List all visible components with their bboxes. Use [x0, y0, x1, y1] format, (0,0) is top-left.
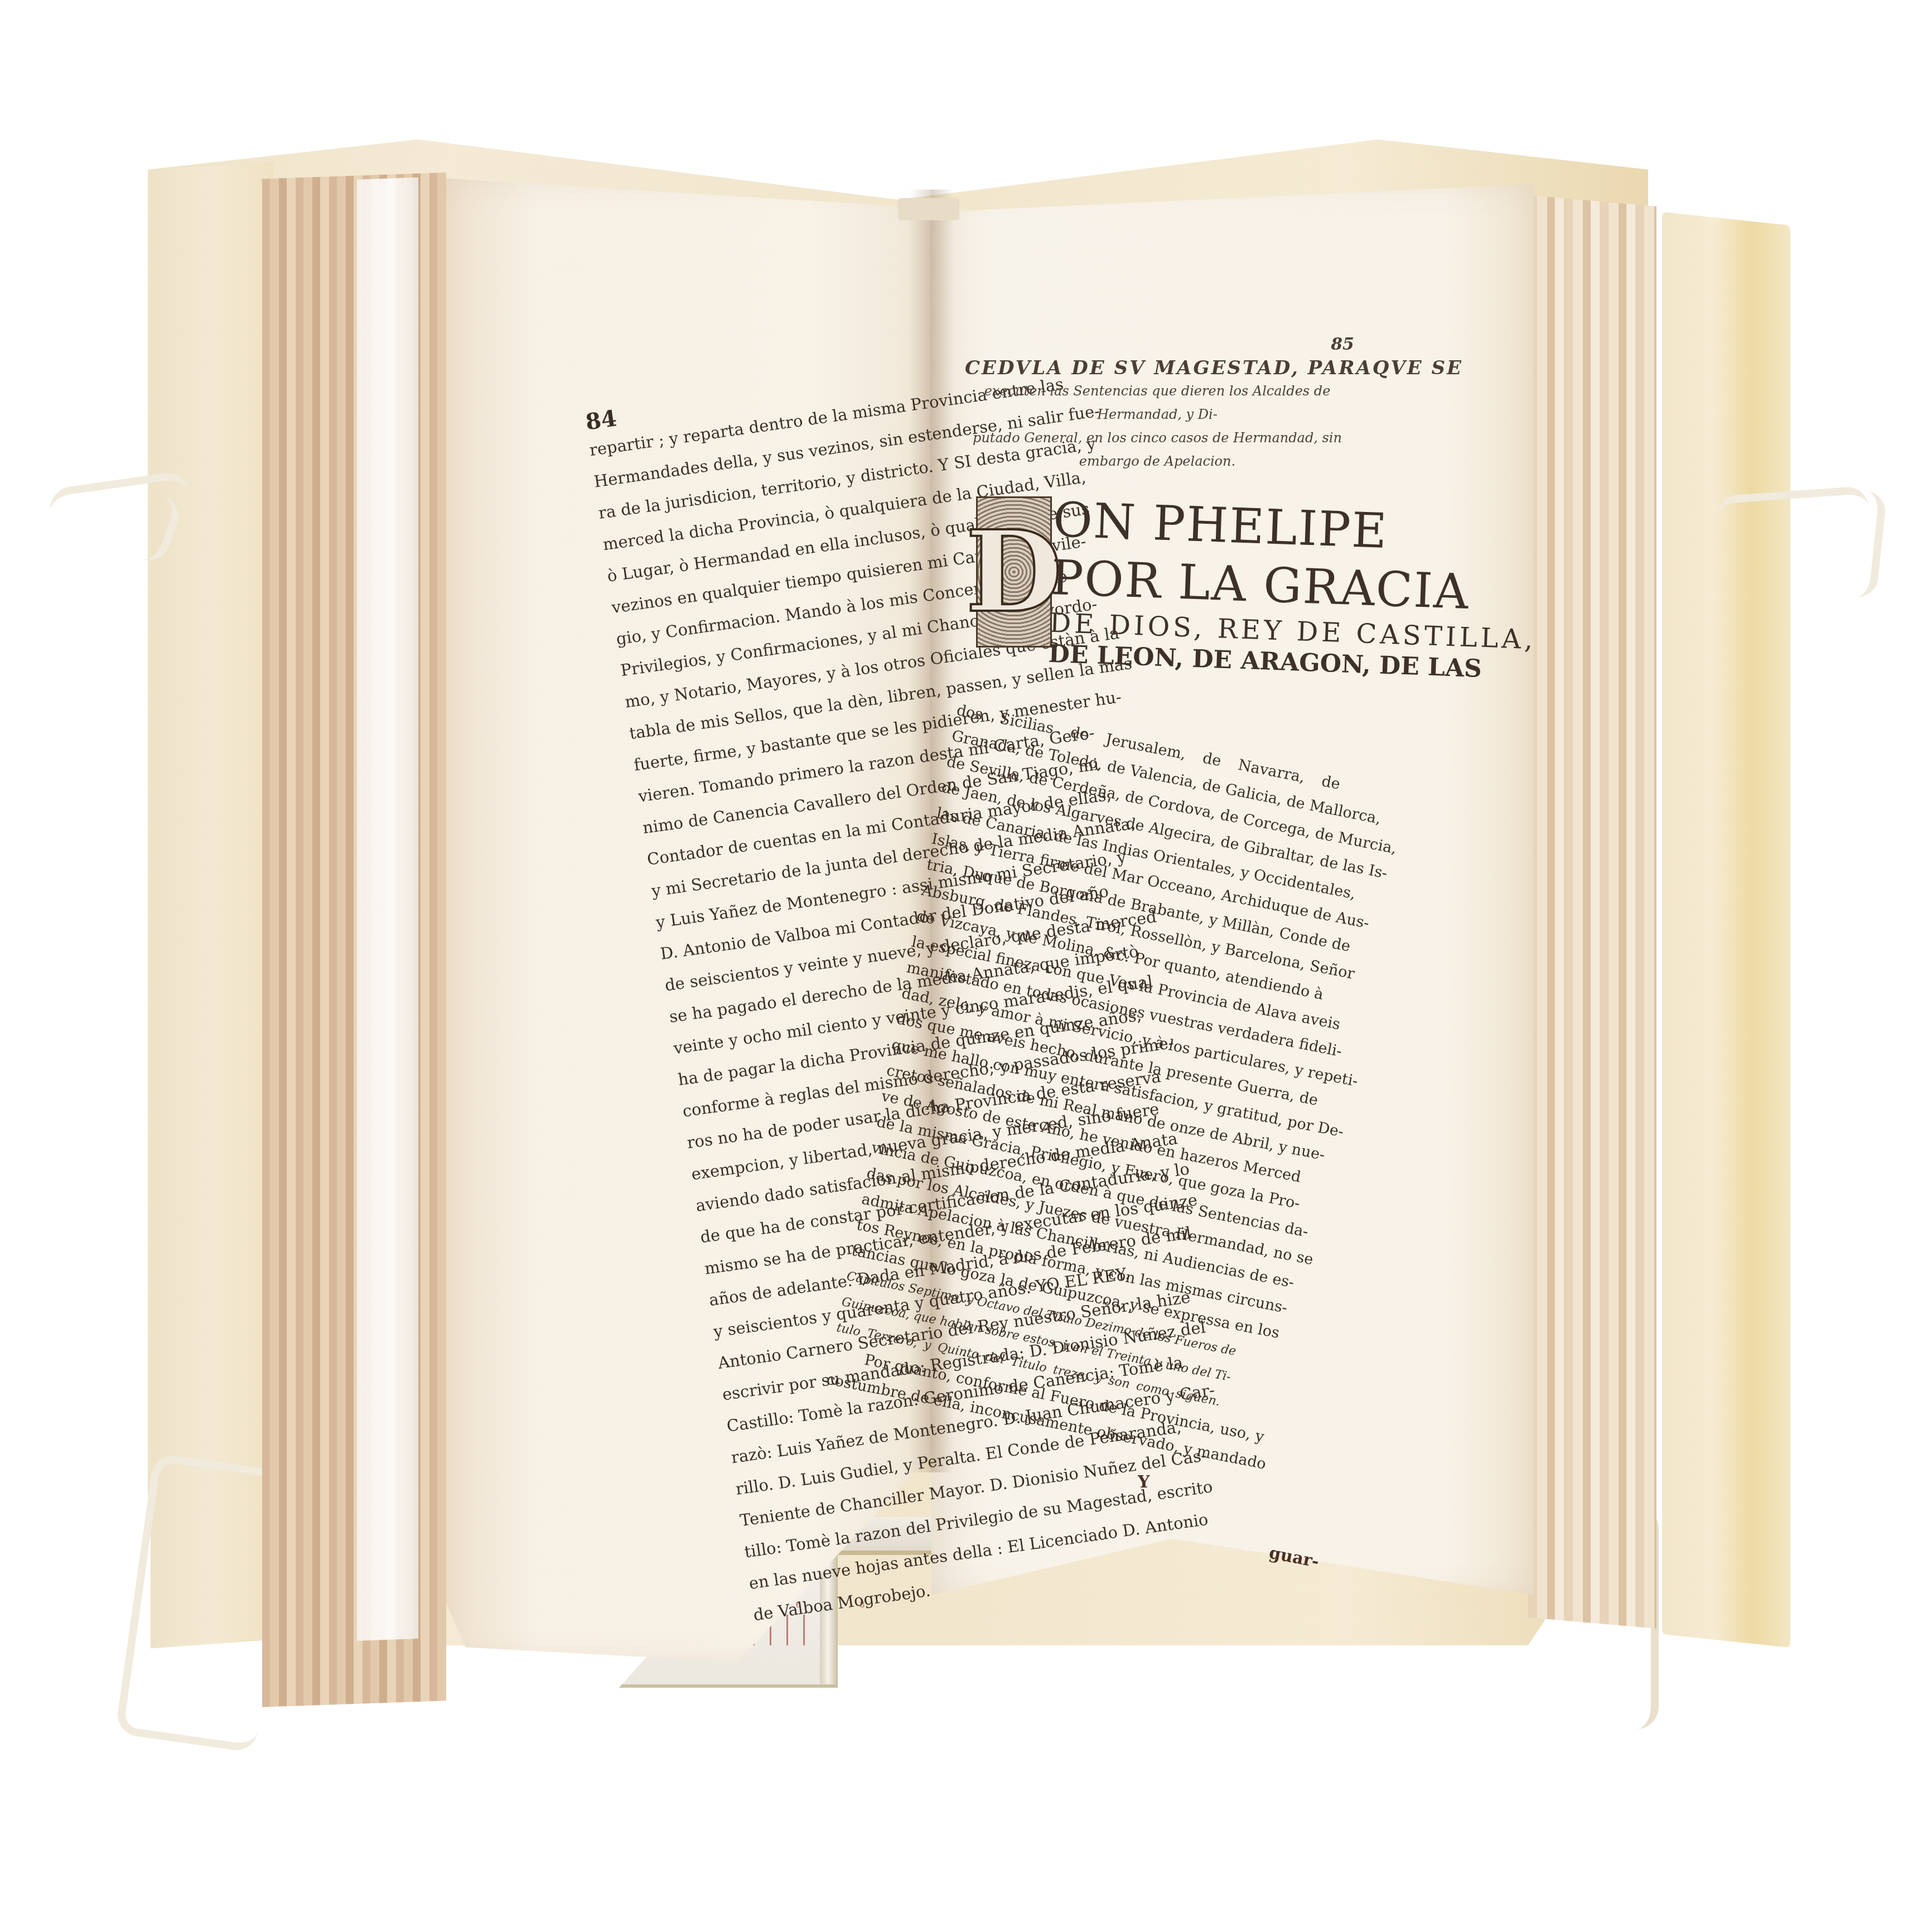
cedula-subtitle-line: executen las Sentencias que dieren los A… — [965, 379, 1350, 426]
vellum-cover-right-flap — [1662, 212, 1790, 1648]
cedula-title: CEDVLA DE SV MAGESTAD, PARAQVE SE — [965, 357, 1350, 379]
cedula-subtitle-line: putado General, en los cinco casos de He… — [965, 426, 1350, 450]
cedula-subtitle-line: embargo de Apelacion. — [965, 450, 1350, 473]
heading-line: POR LA GRACIA — [1050, 549, 1342, 617]
page-edges-left — [262, 172, 446, 1707]
right-page-number: 85 — [1331, 335, 1354, 354]
right-page-heading: 85 CEDVLA DE SV MAGESTAD, PARAQVE SE exe… — [965, 346, 1350, 473]
vellum-cover-left-flap — [151, 162, 273, 1648]
heading-line: ON PHELIPE — [1052, 491, 1344, 559]
ornamental-drop-cap: D — [976, 496, 1052, 648]
spine-headband — [898, 198, 959, 220]
page-edges-left-highlight — [357, 177, 418, 1641]
drop-cap-letter: D — [965, 516, 1062, 628]
royal-title-heading: ON PHELIPE POR LA GRACIA DE DIOS, REY DE… — [1048, 491, 1344, 679]
page-edges-right — [1528, 195, 1656, 1629]
signature-mark: Y — [1138, 1472, 1149, 1492]
